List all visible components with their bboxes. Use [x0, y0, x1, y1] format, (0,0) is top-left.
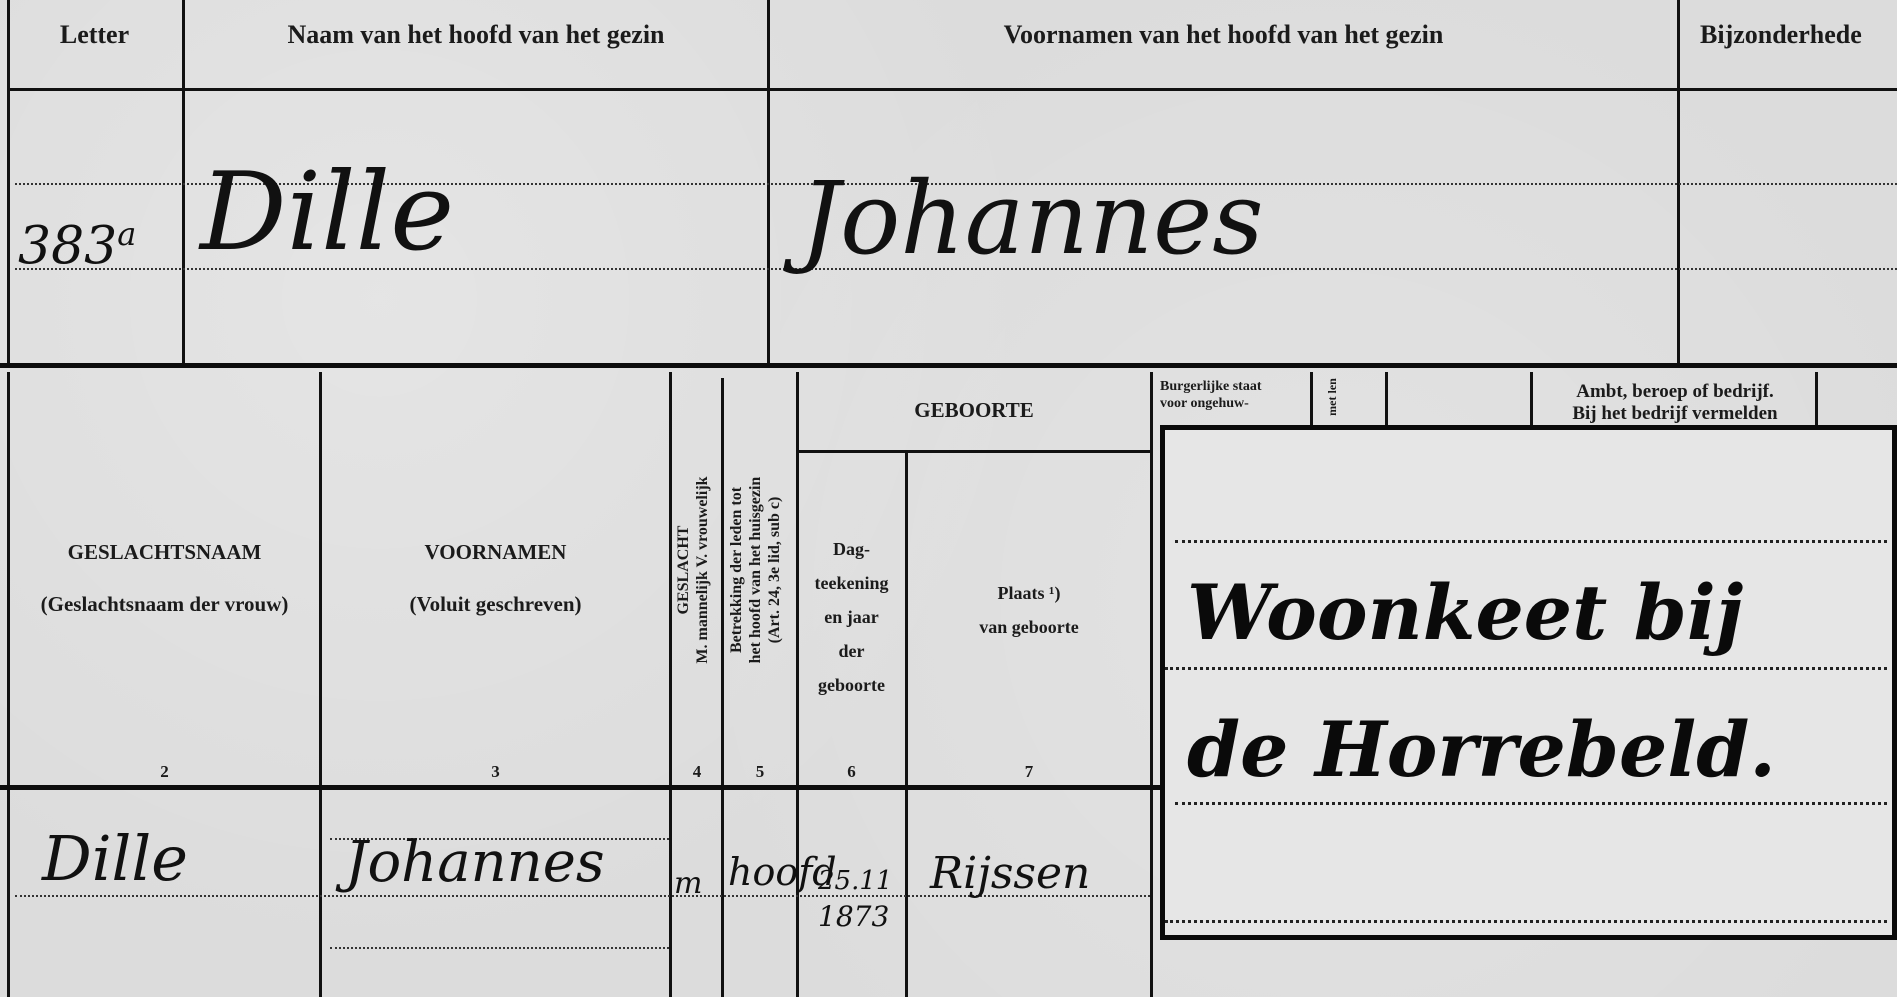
member-sex: m [674, 866, 702, 901]
header-occupation: Ambt, beroep of bedrijf. Bij het bedrijf… [1535, 381, 1815, 425]
member-birth-place: Rijssen [930, 848, 1090, 899]
header-birth-place-line2: van geboorte [908, 616, 1150, 638]
header-firstnames-title: VOORNAMEN [322, 540, 669, 565]
entry-letter-number: 383 [18, 216, 117, 276]
header-family-head-surname: Naam van het hoofd van het gezin [185, 20, 767, 50]
header-family-head-firstnames: Voornamen van het hoofd van het gezin [770, 20, 1677, 50]
entry-letter: 383a [18, 215, 136, 276]
header-birth-group: GEBOORTE [798, 398, 1150, 423]
header-sex-title: GESLACHT [674, 420, 693, 720]
header-partial-vertical: met len [1325, 372, 1339, 422]
address-note-box: Woonkeet bij de Horrebeld. [1160, 425, 1897, 940]
header-birth-date-line5: geboorte [798, 674, 905, 696]
header-col-number-5: 5 [724, 762, 796, 782]
header-relation-line1: Betrekking der leden tot [727, 420, 746, 720]
header-birth-place-line1: Plaats ¹) [908, 582, 1150, 604]
header-civil-status-line1: Burgerlijke staat [1160, 378, 1305, 395]
divider-col6-col7 [905, 452, 908, 997]
header-sex: GESLACHT M. mannelijk V. vrouwelijk [674, 420, 712, 720]
header-relation: Betrekking der leden tot het hoofd van h… [727, 420, 784, 720]
header-occupation-line2: Bij het bedrijf vermelden [1535, 403, 1815, 425]
header-sex-legend: M. mannelijk V. vrouwelijk [693, 420, 712, 720]
divider-col7-col8 [1150, 372, 1153, 997]
member-surname: Dille [42, 822, 188, 895]
header-relation-line3: (Art. 24, 3e lid, sub c) [765, 420, 784, 720]
top-header-rule [7, 88, 1897, 91]
divider-col4-col5 [721, 378, 724, 997]
header-birth-date-line4: der [798, 640, 905, 662]
note-guide-3 [1175, 802, 1887, 805]
header-birth-place: Plaats ¹) van geboorte [908, 582, 1150, 638]
header-birth-date-line3: en jaar [798, 606, 905, 628]
header-col-number-4: 4 [672, 762, 722, 782]
divider-col11-col12 [1815, 372, 1818, 427]
entry-letter-suffix: a [117, 215, 136, 253]
header-occupation-line1: Ambt, beroep of bedrijf. [1535, 381, 1815, 403]
note-guide-4 [1165, 920, 1887, 923]
register-page: Letter Naam van het hoofd van het gezin … [0, 0, 1897, 997]
header-birth-date-line1: Dag- [798, 538, 905, 560]
member-firstnames: Johannes [345, 830, 605, 895]
member-header-rule [0, 785, 1160, 790]
divider-col8-col9 [1310, 372, 1313, 427]
header-birth-date: Dag- teekening en jaar der geboorte [798, 538, 905, 696]
header-civil-status: Burgerlijke staat voor ongehuw- [1160, 378, 1305, 412]
header-letter: Letter [7, 20, 182, 50]
header-col-number-3: 3 [322, 762, 669, 782]
section-separator [0, 363, 1897, 368]
border-left-top [7, 0, 10, 368]
note-guide-1 [1175, 540, 1887, 543]
header-col-number-6: 6 [798, 762, 905, 782]
note-guide-2 [1165, 667, 1887, 670]
divider-col2-col3 [319, 372, 322, 997]
note-line-1: Woonkeet bij [1187, 568, 1743, 657]
header-civil-status-line2: voor ongehuw- [1160, 395, 1305, 412]
divider-col10-col11 [1530, 372, 1533, 427]
member-guide-lower [330, 947, 669, 949]
entry-family-head-surname: Dille [200, 150, 454, 275]
header-relation-line2: het hoofd van het huisgezin [746, 420, 765, 720]
member-birth-day-month: 25.11 [818, 866, 892, 896]
header-col-number-2: 2 [10, 762, 319, 782]
header-particulars: Bijzonderhede [1700, 20, 1897, 50]
entry-family-head-firstnames: Johannes [800, 160, 1264, 277]
note-line-2: de Horrebeld. [1187, 705, 1776, 794]
header-surname-title: GESLACHTSNAAM [10, 540, 319, 565]
border-left-bottom [7, 372, 10, 997]
header-birth-date-line2: teekening [798, 572, 905, 594]
divider-col9-col10 [1385, 372, 1388, 427]
birth-group-rule [798, 450, 1150, 453]
divider-col3-col4 [669, 372, 672, 997]
member-birth-year: 1873 [818, 900, 889, 933]
header-col-number-7: 7 [908, 762, 1150, 782]
header-firstnames-sub: (Voluit geschreven) [322, 592, 669, 617]
header-surname-sub: (Geslachtsnaam der vrouw) [10, 592, 319, 617]
